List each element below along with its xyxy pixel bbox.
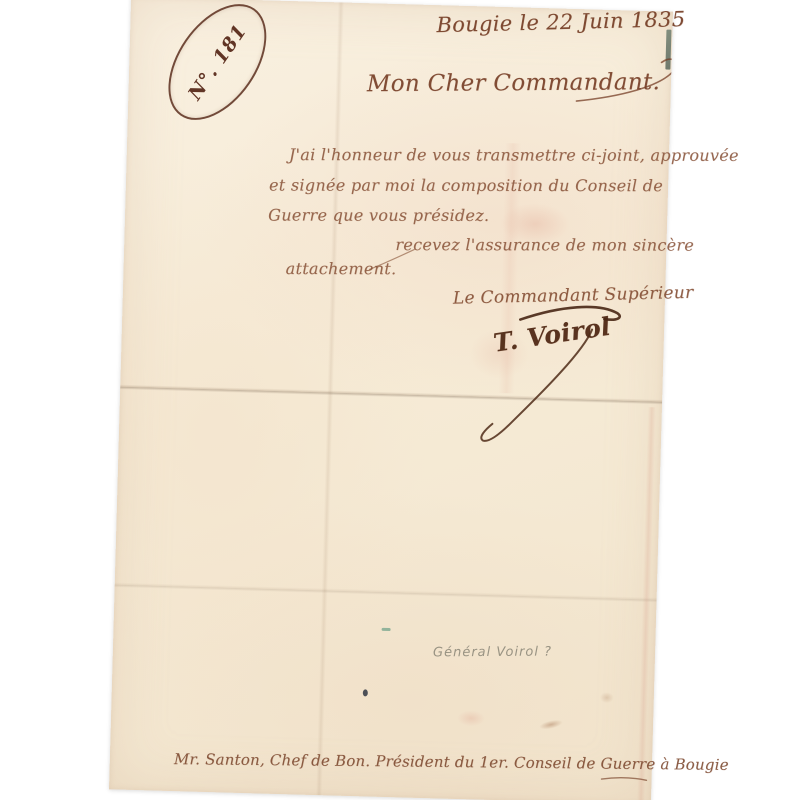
stain [457,710,485,727]
vertical-fold-crease [316,2,344,795]
closing-title: Le Commandant Supérieur [453,283,694,309]
body-line: Guerre que vous présidez. [268,205,489,224]
horizontal-fold-crease [120,384,662,404]
paper-edge-mark [665,30,671,70]
pencil-annotation: Général Voirol ? [433,645,552,661]
registration-stamp-oval: N°. 181 [148,0,286,138]
right-edge-fold-crease [637,407,656,800]
scan-background: N°. 181 Bougie le 22 Juin 1835 Mon Cher … [0,0,800,800]
green-speck [382,628,391,631]
dateline: Bougie le 22 Juin 1835 [436,7,685,37]
salutation: Mon Cher Commandant. [367,69,660,97]
body-line: attachement. [286,259,397,278]
letter-paper: N°. 181 Bougie le 22 Juin 1835 Mon Cher … [109,0,673,800]
body-line: recevez l'assurance de mon sincère [395,235,694,255]
stain [600,692,614,703]
ink-dot [363,689,368,696]
body-line: et signée par moi la composition du Cons… [269,176,663,196]
registration-number: N°. 181 [184,20,251,104]
horizontal-fold-crease-lower [115,582,657,602]
stain [538,718,563,731]
body-line: J'ai l'honneur de vous transmettre ci-jo… [289,145,739,165]
